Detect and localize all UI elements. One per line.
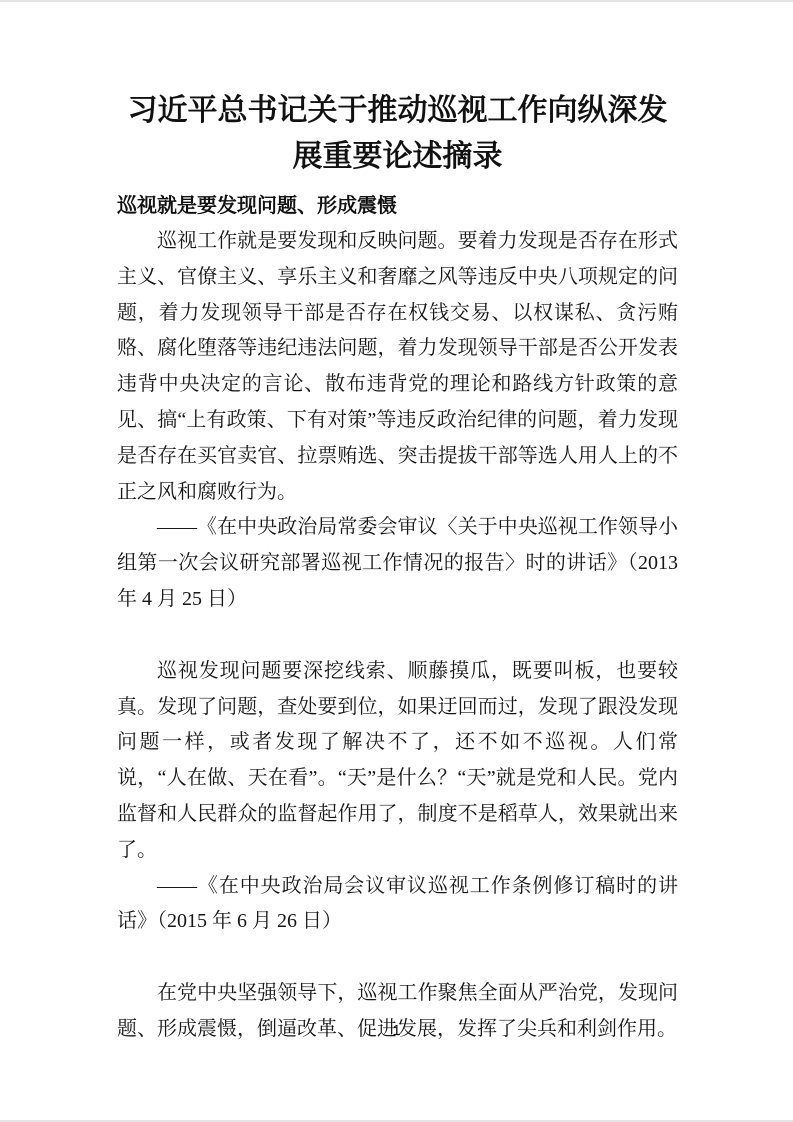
doc-title: 习近平总书记关于推动巡视工作向纵深发展重要论述摘录 — [117, 88, 678, 180]
citation: ——《在中央政治局常委会审议〈关于中央巡视工作领导小组第一次会议研究部署巡视工作… — [117, 510, 678, 617]
paragraph: 巡视工作就是要发现和反映问题。要着力发现是否存在形式主义、官僚主义、享乐主义和奢… — [117, 224, 678, 510]
page-number: 1 — [0, 1022, 793, 1039]
section-heading: 巡视就是要发现问题、形成震慑 — [117, 188, 678, 224]
citation: ——《在中央政治局会议审议巡视工作条例修订稿时的讲话》（2015 年 6 月 2… — [117, 869, 678, 941]
document-page: 习近平总书记关于推动巡视工作向纵深发展重要论述摘录 巡视就是要发现问题、形成震慑… — [0, 0, 793, 1122]
paragraph: 巡视发现问题要深挖线索、顺藤摸瓜，既要叫板，也要较真。发现了问题，查处要到位，如… — [117, 654, 678, 869]
document-content: 习近平总书记关于推动巡视工作向纵深发展重要论述摘录 巡视就是要发现问题、形成震慑… — [117, 88, 678, 1048]
